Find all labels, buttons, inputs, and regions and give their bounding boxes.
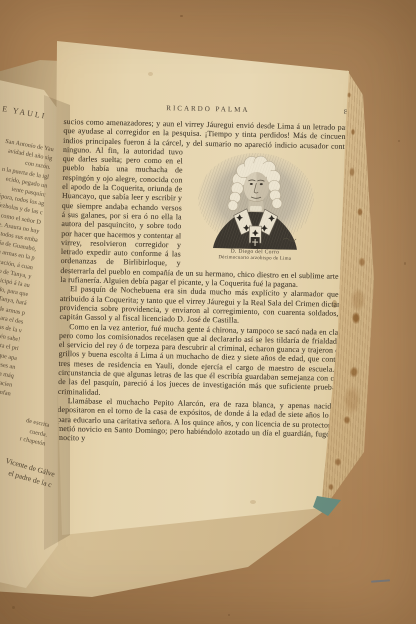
- running-header-title: RICARDO PALMA: [64, 102, 352, 116]
- paragraph-2: El pasquín de Nochebuena era sin duda mu…: [59, 284, 348, 327]
- paragraph-3: Como en la vez anterior, fué mucha gente…: [58, 321, 347, 401]
- running-header: RICARDO PALMA 83: [64, 102, 352, 119]
- archbishop-portrait-engraving: [189, 148, 323, 251]
- left-page-header-fragment: E YAULI: [2, 104, 47, 121]
- surface-speck: [404, 262, 406, 265]
- page-text: D. Diego del Corro Décimocuarto arzobisp…: [57, 117, 352, 448]
- surface-speck: [228, 614, 230, 616]
- right-page-content: RICARDO PALMA 83: [57, 102, 352, 448]
- paragraph-4: Llamábase el muchacho Pepito Alarcón, er…: [57, 396, 346, 449]
- surface-speck: [180, 15, 183, 17]
- surface-speck: [398, 140, 400, 142]
- surface-speck: [12, 606, 15, 609]
- page-stain: [250, 500, 256, 504]
- page-stain: [148, 72, 153, 76]
- photo-of-open-book: E YAULI San Antonio de Yauavidad del año…: [0, 0, 416, 624]
- portrait-figure: D. Diego del Corro Décimocuarto arzobisp…: [181, 148, 351, 265]
- left-page-footnote-fragments: de escritacuerda.r chapetón: [0, 404, 50, 449]
- pencil-mark: [371, 579, 390, 582]
